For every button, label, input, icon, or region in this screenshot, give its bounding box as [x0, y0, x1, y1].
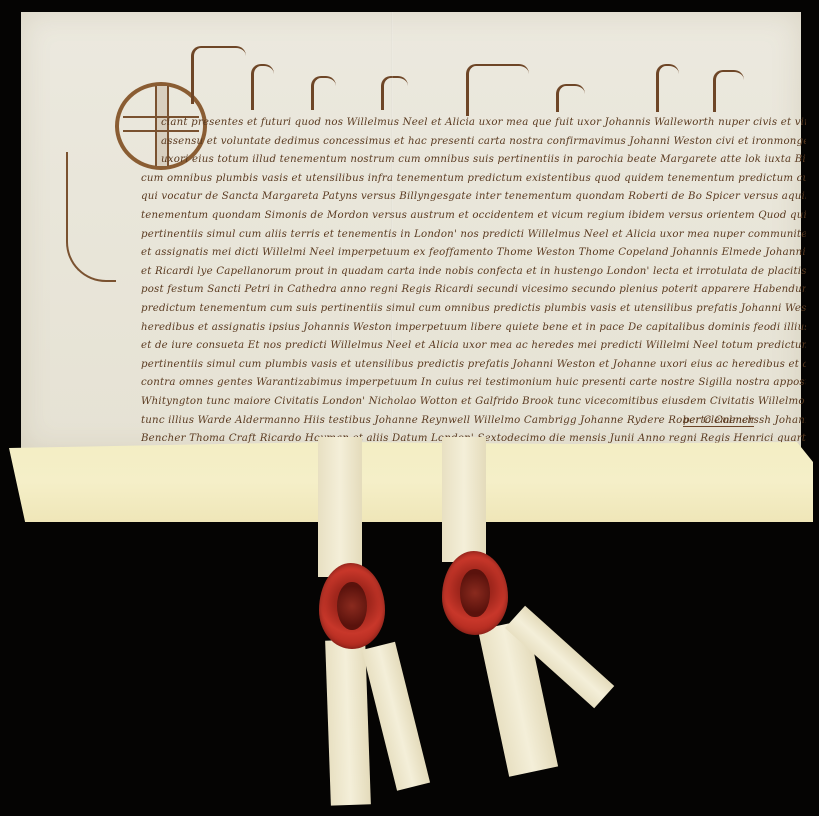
- text-line: et assignatis mei dicti Willelmi Neel im…: [141, 244, 806, 263]
- text-line: ciant presentes et futuri quod nos Wille…: [161, 114, 806, 133]
- text-line: uxori eius totum illud tenementum nostru…: [161, 151, 806, 170]
- cadel-ascender: [556, 84, 585, 112]
- seal-tag-upper-right: [442, 437, 486, 562]
- text-line: pertinentiis simul cum plumbis vasis et …: [141, 356, 806, 375]
- cadel-ascender: [251, 64, 274, 110]
- cadel-ascender: [381, 76, 408, 110]
- seal-tag-upper-left: [318, 437, 362, 577]
- cadel-ascender: [191, 46, 246, 104]
- text-line: pertinentiis simul cum aliis terris et t…: [141, 226, 806, 245]
- text-line: tenementum quondam Simonis de Mordon ver…: [141, 207, 806, 226]
- initial-flourish: [66, 152, 116, 282]
- text-line: heredibus et assignatis ipsius Johannis …: [141, 319, 806, 338]
- seal-impression: [460, 569, 489, 616]
- cadel-ascender: [713, 70, 744, 112]
- seal-tag-lower-left-strand: [362, 642, 430, 791]
- charter-parchment: ciant presentes et futuri quod nos Wille…: [21, 12, 801, 452]
- text-line: predictum tenementum cum suis pertinenti…: [141, 300, 806, 319]
- text-line: contra omnes gentes Warantizabimus imper…: [141, 374, 806, 393]
- seal-tag-lower-left: [325, 639, 371, 805]
- text-line: cum omnibus plumbis vasis et utensilibus…: [141, 170, 806, 189]
- text-line: assensu et voluntate dedimus concessimus…: [161, 133, 806, 152]
- cadel-ascender: [656, 64, 679, 112]
- text-line: qui vocatur de Sancta Margareta Patyns v…: [141, 188, 806, 207]
- plica-fold: [9, 442, 813, 522]
- text-line: et Ricardi lye Capellanorum prout in qua…: [141, 263, 806, 282]
- wax-seal-right: [442, 551, 508, 635]
- text-line: Whityngton tunc maiore Civitatis London'…: [141, 393, 806, 412]
- text-line: et de iure consueta Et nos predicti Will…: [141, 337, 806, 356]
- notary-signature: per Clemench: [683, 415, 754, 427]
- cadel-ascender: [466, 64, 529, 116]
- wax-seal-left: [319, 563, 385, 649]
- seal-impression: [337, 582, 366, 630]
- cadel-ascender: [311, 76, 336, 110]
- text-line: post festum Sancti Petri in Cathedra ann…: [141, 281, 806, 300]
